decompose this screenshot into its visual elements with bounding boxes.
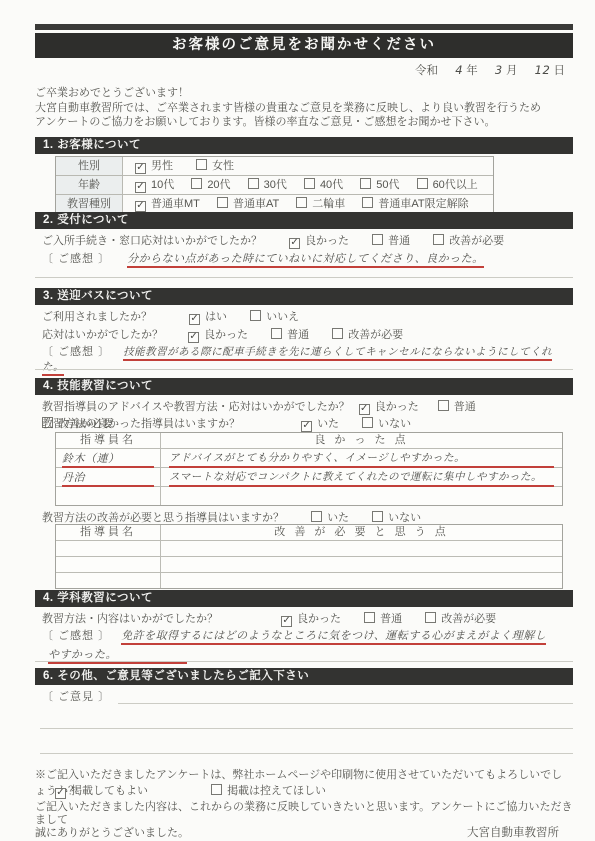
publish-options-row: ✓掲載してもよい 掲載は控えてほしい (55, 782, 573, 799)
option-age-20s-label: 20代 (207, 179, 230, 191)
instructor-name-cell (56, 487, 161, 505)
checkbox-course-bike-icon (296, 197, 307, 208)
option-skill-normal-label: 普通 (454, 401, 476, 413)
option-age-30s: 30代 (248, 179, 287, 191)
good-instructor-question-row: 教習方法の良かった指導員はいますか？ ✓いた いない (42, 415, 573, 432)
opinion-label: 〔 ご意見 〕 (42, 691, 110, 703)
option-female-label: 女性 (212, 160, 234, 172)
opinion-ruled-line-2 (40, 728, 573, 729)
option-age-40s: 40代 (304, 179, 343, 191)
option-course-at-label: 普通車AT (233, 198, 279, 210)
ruled-line (35, 661, 573, 662)
greeting-text: ご卒業おめでとうございます！ 大宮自動車教習所では、ご卒業されます皆様の貴重なご… (35, 86, 573, 130)
option-age-30s-label: 30代 (264, 179, 287, 191)
instructor-name-cell: 鈴木（連） (56, 449, 161, 467)
improve-point-empty (161, 573, 562, 588)
course-options: ✓普通車MT 普通車AT 二輪車 普通車AT限定解除 (123, 195, 493, 213)
option-reception-good-label: 良かった (305, 235, 349, 247)
improve-table-row-1 (56, 541, 562, 557)
section-1-header: 1. お客様について (35, 137, 573, 154)
academic-comment-row: 〔 ご感想 〕 免許を取得するにはどのようなところに気をつけ、運転する心がまえが… (42, 627, 573, 643)
improve-point-empty (161, 541, 562, 556)
good-point-handwritten: スマートな対応でコンパクトに教えてくれたので運転に集中しやすかった。 (169, 469, 554, 487)
option-course-bike: 二輪車 (296, 198, 345, 210)
option-reception-normal: 普通 (372, 235, 410, 247)
checkbox-age-20s-icon (191, 178, 202, 189)
checkbox-course-at-icon (217, 197, 228, 208)
bus-comment-handwritten: 技能教習がある際に配車手続きを先に連らくしてキャンセルにならないようにしてくれた… (42, 346, 552, 376)
option-reception-normal-label: 普通 (388, 235, 410, 247)
option-publish-no: 掲載は控えてほしい (211, 785, 326, 797)
bus-response-question-row: 応対はいかがでしたか？ ✓良かった 普通 改善が必要 (42, 326, 573, 343)
option-age-50s: 50代 (360, 179, 399, 191)
date-line: 令和 4 年 3 月 12 日 (35, 62, 573, 78)
option-academic-improve: 改善が必要 (425, 613, 496, 625)
reception-comment-handwritten: 分からない点があった時にていねいに対応してくださり、良かった。 (127, 252, 483, 268)
good-point-cell: スマートな対応でコンパクトに教えてくれたので運転に集中しやすかった。 (161, 468, 562, 486)
good-table-header: 指導員名 良 か っ た 点 (56, 433, 562, 449)
academic-comment-row-2: やすかった。 (48, 646, 573, 662)
checkbox-academic-improve-icon (425, 612, 436, 623)
option-improve-instructor-no: いない (372, 512, 421, 524)
instructor-name-empty (56, 573, 161, 588)
page-title: お客様のご意見をお聞かせください (35, 33, 573, 58)
option-academic-normal-label: 普通 (380, 613, 402, 625)
greeting-line-2: 大宮自動車教習所では、ご卒業されます皆様の貴重なご意見を業務に反映し、より良い教… (35, 101, 573, 116)
course-label: 教習種別 (56, 195, 123, 213)
option-male: ✓男性 (135, 160, 173, 172)
checkbox-reception-good-icon: ✓ (289, 238, 300, 249)
option-course-at-unlock-label: 普通車AT限定解除 (378, 198, 468, 210)
checkbox-publish-no-icon (211, 784, 222, 795)
option-publish-ok-label: 掲載してもよい (71, 785, 148, 797)
improve-table-col1: 指導員名 (56, 525, 161, 540)
date-day-value: 12 (535, 63, 551, 77)
good-table-col2: 良 か っ た 点 (161, 433, 562, 448)
date-year-value: 4 (455, 63, 463, 77)
improve-instructor-question-row: 教習方法の改善が必要と思う指導員はいますか？ いた いない (42, 509, 573, 525)
section-3-header: 3. 送迎バスについて (35, 288, 573, 305)
questionnaire-scan: お客様のご意見をお聞かせください 令和 4 年 3 月 12 日 ご卒業おめでと… (0, 0, 595, 841)
good-table-row-3 (56, 487, 562, 505)
option-bus-yes: ✓はい (189, 311, 227, 323)
skill-question: 教習指導員のアドバイスや教習方法・応対はいかがでしたか？ (42, 401, 350, 413)
section-5-header: 4. 学科教習について (35, 590, 573, 607)
checkbox-bus-no-icon (250, 310, 261, 321)
option-good-instructor-yes-label: いた (317, 418, 339, 430)
checkbox-improve-instructor-yes-icon (311, 511, 322, 522)
checkbox-female-icon (196, 159, 207, 170)
checkbox-academic-normal-icon (364, 612, 375, 623)
option-reception-improve-label: 改善が必要 (449, 235, 504, 247)
option-course-mt: ✓普通車MT (135, 198, 200, 210)
option-publish-no-label: 掲載は控えてほしい (227, 785, 326, 797)
improve-instructor-question: 教習方法の改善が必要と思う指導員はいますか？ (42, 512, 284, 524)
improve-instructor-table: 指導員名 改 善 が 必 要 と 思 う 点 (55, 524, 563, 589)
good-point-handwritten: アドバイスがとても分かりやすく、イメージしやすかった。 (169, 450, 554, 468)
section-4-header: 4. 技能教習について (35, 378, 573, 395)
checkbox-age-10s-icon: ✓ (135, 182, 146, 193)
checkbox-skill-good-icon: ✓ (359, 404, 370, 415)
option-age-20s: 20代 (191, 179, 230, 191)
checkbox-bus-improve-icon (332, 328, 343, 339)
good-table-row-1: 鈴木（連） アドバイスがとても分かりやすく、イメージしやすかった。 (56, 449, 562, 468)
option-bus-good: ✓良かった (188, 329, 248, 341)
good-instructor-table: 指導員名 良 か っ た 点 鈴木（連） アドバイスがとても分かりやすく、イメー… (55, 432, 563, 506)
option-age-10s-label: 10代 (151, 179, 174, 191)
top-rule (35, 24, 573, 30)
greeting-line-1: ご卒業おめでとうございます！ (35, 86, 573, 101)
checkbox-academic-good-icon: ✓ (281, 616, 292, 627)
option-skill-normal: 普通 (438, 401, 476, 413)
section-2-header: 2. 受付について (35, 212, 573, 229)
academic-question: 教習方法・内容はいかがでしたか？ (42, 613, 218, 625)
checkbox-publish-ok-icon: ✓ (55, 788, 66, 799)
good-instructor-question: 教習方法の良かった指導員はいますか？ (42, 418, 240, 430)
bus-used-question: ご利用されましたか？ (42, 311, 152, 323)
checkbox-bus-normal-icon (271, 328, 282, 339)
checkbox-bus-yes-icon: ✓ (189, 314, 200, 325)
checkbox-age-50s-icon (360, 178, 371, 189)
date-era: 令和 (415, 65, 438, 77)
option-reception-good: ✓良かった (289, 235, 349, 247)
good-point-cell: アドバイスがとても分かりやすく、イメージしやすかった。 (161, 449, 562, 467)
option-course-bike-label: 二輪車 (312, 198, 345, 210)
date-month-unit: 月 (506, 65, 518, 77)
option-bus-normal-label: 普通 (287, 329, 309, 341)
good-table-col1: 指導員名 (56, 433, 161, 448)
bus-used-question-row: ご利用されましたか？ ✓はい いいえ (42, 308, 573, 325)
improve-table-row-2 (56, 557, 562, 573)
option-improve-instructor-no-label: いない (388, 512, 421, 524)
option-academic-good: ✓良かった (281, 613, 341, 625)
date-year-unit: 年 (466, 65, 478, 77)
option-reception-improve: 改善が必要 (433, 235, 504, 247)
course-row: 教習種別 ✓普通車MT 普通車AT 二輪車 普通車AT限定解除 (56, 195, 493, 213)
opinion-ruled-line-3 (40, 753, 573, 754)
option-academic-improve-label: 改善が必要 (441, 613, 496, 625)
reception-question-row: ご入所手続き・窓口応対はいかがでしたか？ ✓良かった 普通 改善が必要 (42, 232, 573, 249)
age-label: 年齢 (56, 176, 123, 194)
option-publish-ok: ✓掲載してもよい (55, 785, 148, 797)
greeting-line-3: アンケートのご協力をお願いしております。皆様の率直なご意見・ご感想をお聞かせ下さ… (35, 115, 573, 130)
academic-question-row: 教習方法・内容はいかがでしたか？ ✓良かった 普通 改善が必要 (42, 610, 573, 627)
option-good-instructor-yes: ✓いた (301, 418, 339, 430)
ruled-line (35, 277, 573, 278)
checkbox-age-40s-icon (304, 178, 315, 189)
option-course-at: 普通車AT (217, 198, 279, 210)
option-age-50s-label: 50代 (376, 179, 399, 191)
reception-question: ご入所手続き・窓口応対はいかがでしたか？ (42, 235, 262, 247)
option-bus-good-label: 良かった (204, 329, 248, 341)
option-age-40s-label: 40代 (320, 179, 343, 191)
checkbox-bus-good-icon: ✓ (188, 332, 199, 343)
gender-row: 性別 ✓男性 女性 (56, 157, 493, 176)
checkbox-improve-instructor-no-icon (372, 511, 383, 522)
checkbox-age-60s-icon (417, 178, 428, 189)
option-bus-improve: 改善が必要 (332, 329, 403, 341)
good-point-cell (161, 487, 562, 505)
option-skill-good-label: 良かった (375, 401, 419, 413)
checkbox-male-icon: ✓ (135, 163, 146, 174)
option-bus-improve-label: 改善が必要 (348, 329, 403, 341)
checkbox-age-30s-icon (248, 178, 259, 189)
checkbox-good-instructor-no-icon (362, 417, 373, 428)
checkbox-course-mt-icon: ✓ (135, 201, 146, 212)
option-improve-instructor-yes: いた (311, 512, 349, 524)
option-bus-no-label: いいえ (266, 311, 299, 323)
checkbox-skill-normal-icon (438, 400, 449, 411)
option-skill-good: ✓良かった (359, 401, 419, 413)
option-academic-normal: 普通 (364, 613, 402, 625)
bus-comment-label: 〔 ご感想 〕 (42, 346, 110, 358)
option-male-label: 男性 (151, 160, 173, 172)
checkbox-course-at-unlock-icon (362, 197, 373, 208)
opinion-label-row: 〔 ご意見 〕 (42, 688, 573, 704)
option-good-instructor-no-label: いない (378, 418, 411, 430)
date-day-unit: 日 (554, 65, 566, 77)
checkbox-good-instructor-yes-icon: ✓ (301, 421, 312, 432)
option-course-at-unlock: 普通車AT限定解除 (362, 198, 468, 210)
academic-comment-label: 〔 ご感想 〕 (42, 630, 110, 642)
instructor-name-handwritten: 丹治 (62, 469, 154, 487)
option-age-10s: ✓10代 (135, 179, 174, 191)
option-bus-yes-label: はい (205, 311, 227, 323)
ruled-line (35, 369, 573, 370)
instructor-name-empty (56, 541, 161, 556)
option-age-60s: 60代以上 (417, 179, 478, 191)
section-6-header: 6. その他、ご意見等ございましたらご記入下さい (35, 668, 573, 685)
improve-table-header: 指導員名 改 善 が 必 要 と 思 う 点 (56, 525, 562, 541)
instructor-name-empty (56, 557, 161, 572)
option-bus-normal: 普通 (271, 329, 309, 341)
option-academic-good-label: 良かった (297, 613, 341, 625)
customer-info-table: 性別 ✓男性 女性 年齢 ✓10代 20代 30代 40代 50代 60代以上 … (55, 156, 494, 214)
improve-point-empty (161, 557, 562, 572)
academic-comment-handwritten-1: 免許を取得するにはどのようなところに気をつけ、運転する心がまえがよく理解し (121, 629, 546, 645)
instructor-name-cell: 丹治 (56, 468, 161, 486)
checkbox-reception-improve-icon (433, 234, 444, 245)
option-female: 女性 (196, 160, 234, 172)
improve-table-col2: 改 善 が 必 要 と 思 う 点 (161, 525, 562, 540)
gender-label: 性別 (56, 157, 123, 175)
reception-comment-row: 〔 ご感想 〕 分からない点があった時にていねいに対応してくださり、良かった。 (42, 250, 573, 266)
bus-response-question: 応対はいかがでしたか？ (42, 329, 163, 341)
instructor-name-handwritten: 鈴木（連） (62, 450, 154, 468)
reception-comment-label: 〔 ご感想 〕 (42, 253, 110, 265)
option-good-instructor-no: いない (362, 418, 411, 430)
option-improve-instructor-yes-label: いた (327, 512, 349, 524)
gender-options: ✓男性 女性 (123, 157, 493, 175)
good-table-row-2: 丹治 スマートな対応でコンパクトに教えてくれたので運転に集中しやすかった。 (56, 468, 562, 487)
age-options: ✓10代 20代 30代 40代 50代 60代以上 (123, 176, 493, 194)
option-bus-no: いいえ (250, 311, 299, 323)
opinion-ruled-line-1 (118, 703, 573, 704)
improve-table-row-3 (56, 573, 562, 588)
option-course-mt-label: 普通車MT (151, 198, 200, 210)
age-row: 年齢 ✓10代 20代 30代 40代 50代 60代以上 (56, 176, 493, 195)
date-month-value: 3 (495, 63, 503, 77)
checkbox-reception-normal-icon (372, 234, 383, 245)
school-signature: 大宮自動車教習所 (35, 824, 573, 840)
option-age-60s-label: 60代以上 (433, 179, 478, 191)
